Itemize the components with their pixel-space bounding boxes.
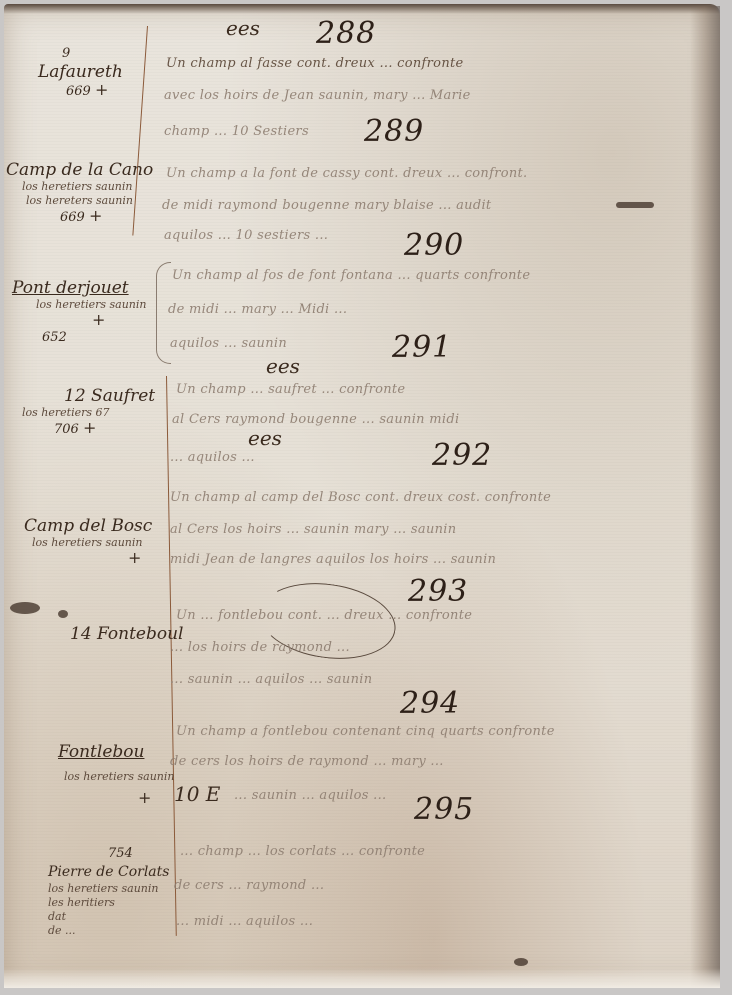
torn-bottom-edge <box>4 968 720 988</box>
cross-mark: + <box>83 418 96 437</box>
parcel-number-290: 290 <box>404 228 464 263</box>
manuscript-page: 9 Lafaureth 669 + Camp de la Cano los he… <box>4 6 720 988</box>
entry-line: midi Jean de langres aquilos los hoirs .… <box>170 552 496 567</box>
entry-line: de cers los hoirs de raymond ... mary ..… <box>170 754 444 769</box>
margin-entry: Camp del Bosc los heretiers saunin + <box>24 516 152 568</box>
parcel-number-295: 295 <box>414 792 474 827</box>
annotation-mark: 10 E <box>174 782 220 806</box>
parcel-number-289: 289 <box>364 114 424 149</box>
entry-line: al Cers raymond bougenne ... saunin midi <box>172 412 459 427</box>
parcel-number-293: 293 <box>408 574 468 609</box>
margin-entry: Fontlebou los heretiers saunin + <box>58 742 174 808</box>
ink-smudge <box>616 202 654 208</box>
entry-line: aquilos ... 10 sestiers ... <box>164 228 328 243</box>
entry-line: champ ... 10 Sestiers <box>164 124 309 139</box>
annotation-mark: ees <box>266 354 300 378</box>
entry-line: de cers ... raymond ... <box>174 878 324 893</box>
page-spine-shadow <box>690 6 720 988</box>
entry-line: Un champ al camp del Bosc cont. dreux co… <box>170 490 551 505</box>
entry-line: Un champ ... saufret ... confronte <box>176 382 405 397</box>
parcel-number-292: 292 <box>432 438 492 473</box>
margin-entry: 14 Fonteboul <box>70 624 184 644</box>
entry-line: Un champ al fos de font fontana ... quar… <box>172 268 530 283</box>
margin-entry: Pont derjouet los heretiers saunin + 652 <box>12 278 146 346</box>
entry-line: ... champ ... los corlats ... confronte <box>180 844 425 859</box>
parcel-number-291: 291 <box>392 330 452 365</box>
ink-stain <box>10 602 40 614</box>
entry-line: al Cers los hoirs ... saunin mary ... sa… <box>170 522 456 537</box>
cross-mark: + <box>92 310 105 329</box>
cross-mark: + <box>95 80 108 99</box>
entry-line: Un champ al fasse cont. dreux ... confro… <box>166 56 464 71</box>
ink-stain <box>58 610 68 618</box>
entry-line: ... saunin ... aquilos ... saunin <box>170 672 372 687</box>
entry-line: ... saunin ... aquilos ... <box>234 788 386 803</box>
margin-entry: 9 Lafaureth 669 + <box>38 46 123 100</box>
entry-line: aquilos ... saunin <box>170 336 287 351</box>
entry-line: avec los hoirs de Jean saunin, mary ... … <box>164 88 471 103</box>
cross-mark: + <box>89 206 102 225</box>
parcel-number-288: 288 <box>316 16 376 51</box>
margin-entry: 12 Saufret los heretiers 67 706 + <box>16 386 155 438</box>
cross-mark: + <box>138 788 151 807</box>
entry-line: de midi ... mary ... Midi ... <box>168 302 347 317</box>
cross-mark: + <box>128 548 141 567</box>
entry-line: de midi raymond bougenne mary blaise ...… <box>162 198 491 213</box>
parcel-number-294: 294 <box>400 686 460 721</box>
entry-line: ... aquilos ... <box>170 450 255 465</box>
entry-line: Un champ a la font de cassy cont. dreux … <box>166 166 527 181</box>
entry-line: ... midi ... aquilos ... <box>176 914 313 929</box>
entry-line: Un ... fontlebou cont. ... dreux ... con… <box>176 608 472 623</box>
annotation-mark: ees <box>226 16 260 40</box>
ink-stain <box>514 958 528 966</box>
margin-entry: Camp de la Cano los heretiers saunin los… <box>6 160 153 226</box>
entry-line: Un champ a fontlebou contenant cinq quar… <box>176 724 555 739</box>
margin-entry: 754 Pierre de Corlats los heretiers saun… <box>48 846 169 938</box>
entry-line: ... los hoirs de raymond ... <box>170 640 350 655</box>
annotation-mark: ees <box>248 426 282 450</box>
